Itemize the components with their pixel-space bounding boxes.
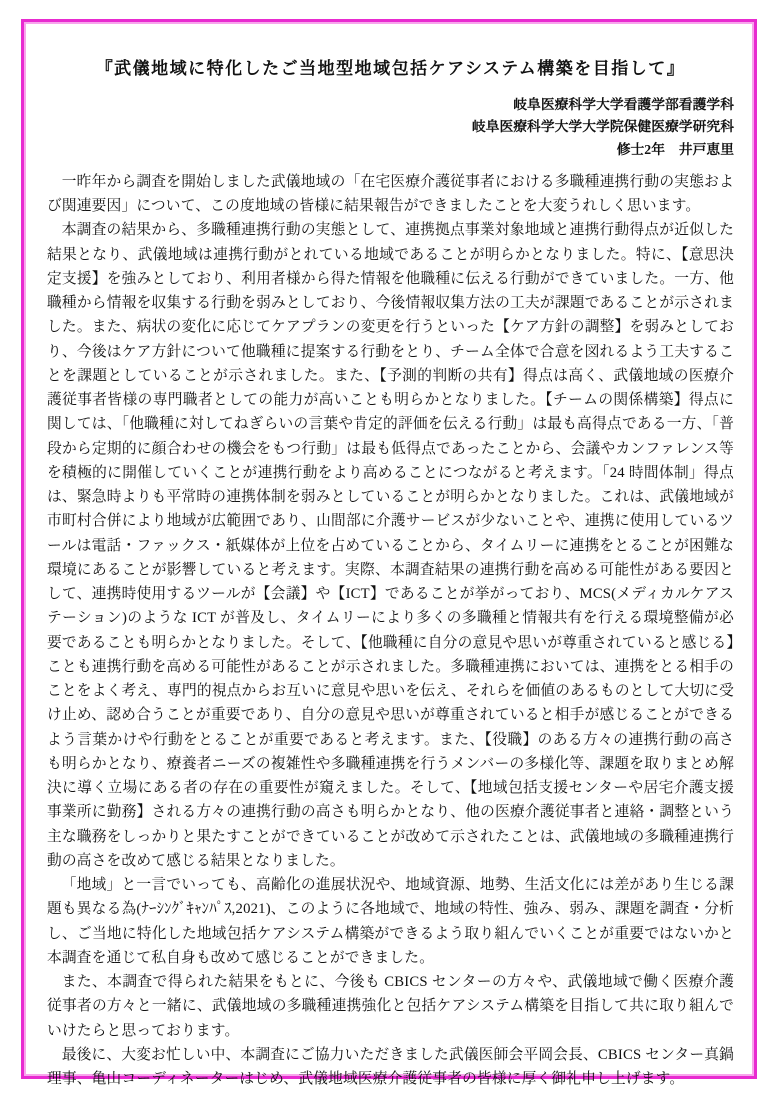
paragraph-results: 本調査の結果から、多職種連携行動の実態として、連携拠点事業対象地域と連携行動得点…: [47, 218, 734, 873]
document-content: 『武儀地域に特化したご当地型地域包括ケアシステム構築を目指して』 岐阜医療科学大…: [47, 56, 734, 1056]
affiliation-line-1: 岐阜医療科学大学看護学部看護学科: [47, 94, 734, 116]
author-line: 修士2年 井戸恵里: [47, 139, 734, 161]
affiliation-line-2: 岐阜医療科学大学大学院保健医療学研究科: [47, 116, 734, 138]
paragraph-intro: 一昨年から調査を開始しました武儀地域の「在宅医療介護従事者における多職種連携行動…: [47, 170, 734, 219]
paragraph-future-plans: また、本調査で得られた結果をもとに、今後も CBICS センターの方々や、武儀地…: [47, 970, 734, 1043]
page-border-frame: 『武儀地域に特化したご当地型地域包括ケアシステム構築を目指して』 岐阜医療科学大…: [21, 19, 757, 1079]
document-body: 一昨年から調査を開始しました武儀地域の「在宅医療介護従事者における多職種連携行動…: [47, 170, 734, 1092]
document-title: 『武儀地域に特化したご当地型地域包括ケアシステム構築を目指して』: [47, 56, 734, 82]
byline-block: 岐阜医療科学大学看護学部看護学科 岐阜医療科学大学大学院保健医療学研究科 修士2…: [47, 94, 734, 161]
paragraph-region-reflection: 「地域」と一言でいっても、高齢化の進展状況や、地域資源、地勢、生活文化には差があ…: [47, 873, 734, 970]
paragraph-acknowledgements: 最後に、大変お忙しい中、本調査にご協力いただきました武儀医師会平岡会長、CBIC…: [47, 1043, 734, 1092]
